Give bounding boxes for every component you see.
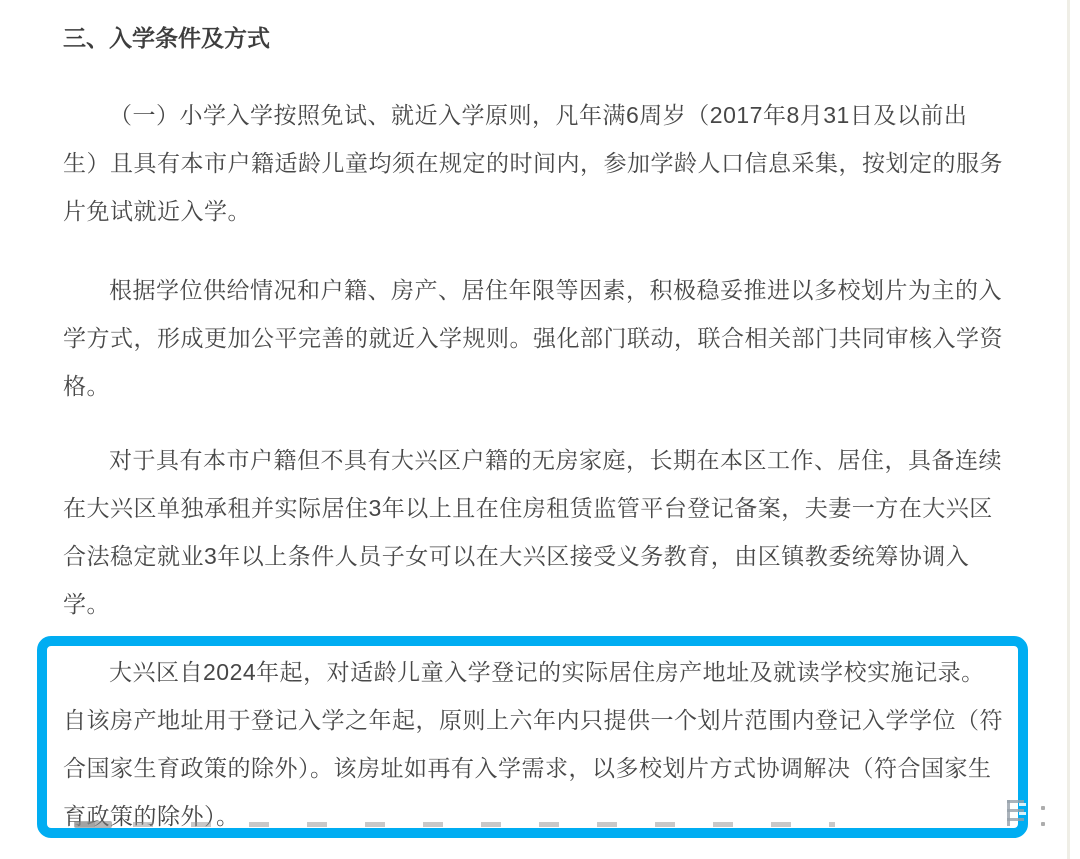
watermark-dot <box>1041 806 1045 810</box>
document-content: 三、入学条件及方式 （一）小学入学按照免试、就近入学原则，凡年满6周岁（2017… <box>63 0 1008 840</box>
watermark-dashes <box>75 822 835 827</box>
document-page: 三、入学条件及方式 （一）小学入学按照免试、就近入学原则，凡年满6周岁（2017… <box>0 0 1080 859</box>
page-edge-line <box>1067 0 1070 859</box>
paragraph-2024-address-record: 大兴区自2024年起，对适龄儿童入学登记的实际居住房产地址及就读学校实施记录。 … <box>63 648 1008 840</box>
section-heading: 三、入学条件及方式 <box>63 14 1008 62</box>
paragraph-primary-enrollment: （一）小学入学按照免试、就近入学原则，凡年满6周岁（2017年8月31日及以前出… <box>63 91 1008 235</box>
paragraph-multi-school-policy: 根据学位供给情况和户籍、房产、居住年限等因素，积极稳妥推进以多校划片为主的入 学… <box>63 266 1008 410</box>
watermark-dot <box>1041 822 1045 826</box>
watermark-logo-icon <box>1019 803 1026 821</box>
paragraph-non-district-households: 对于具有本市户籍但不具有大兴区户籍的无房家庭，长期在本区工作、居住，具备连续 在… <box>63 436 1008 628</box>
